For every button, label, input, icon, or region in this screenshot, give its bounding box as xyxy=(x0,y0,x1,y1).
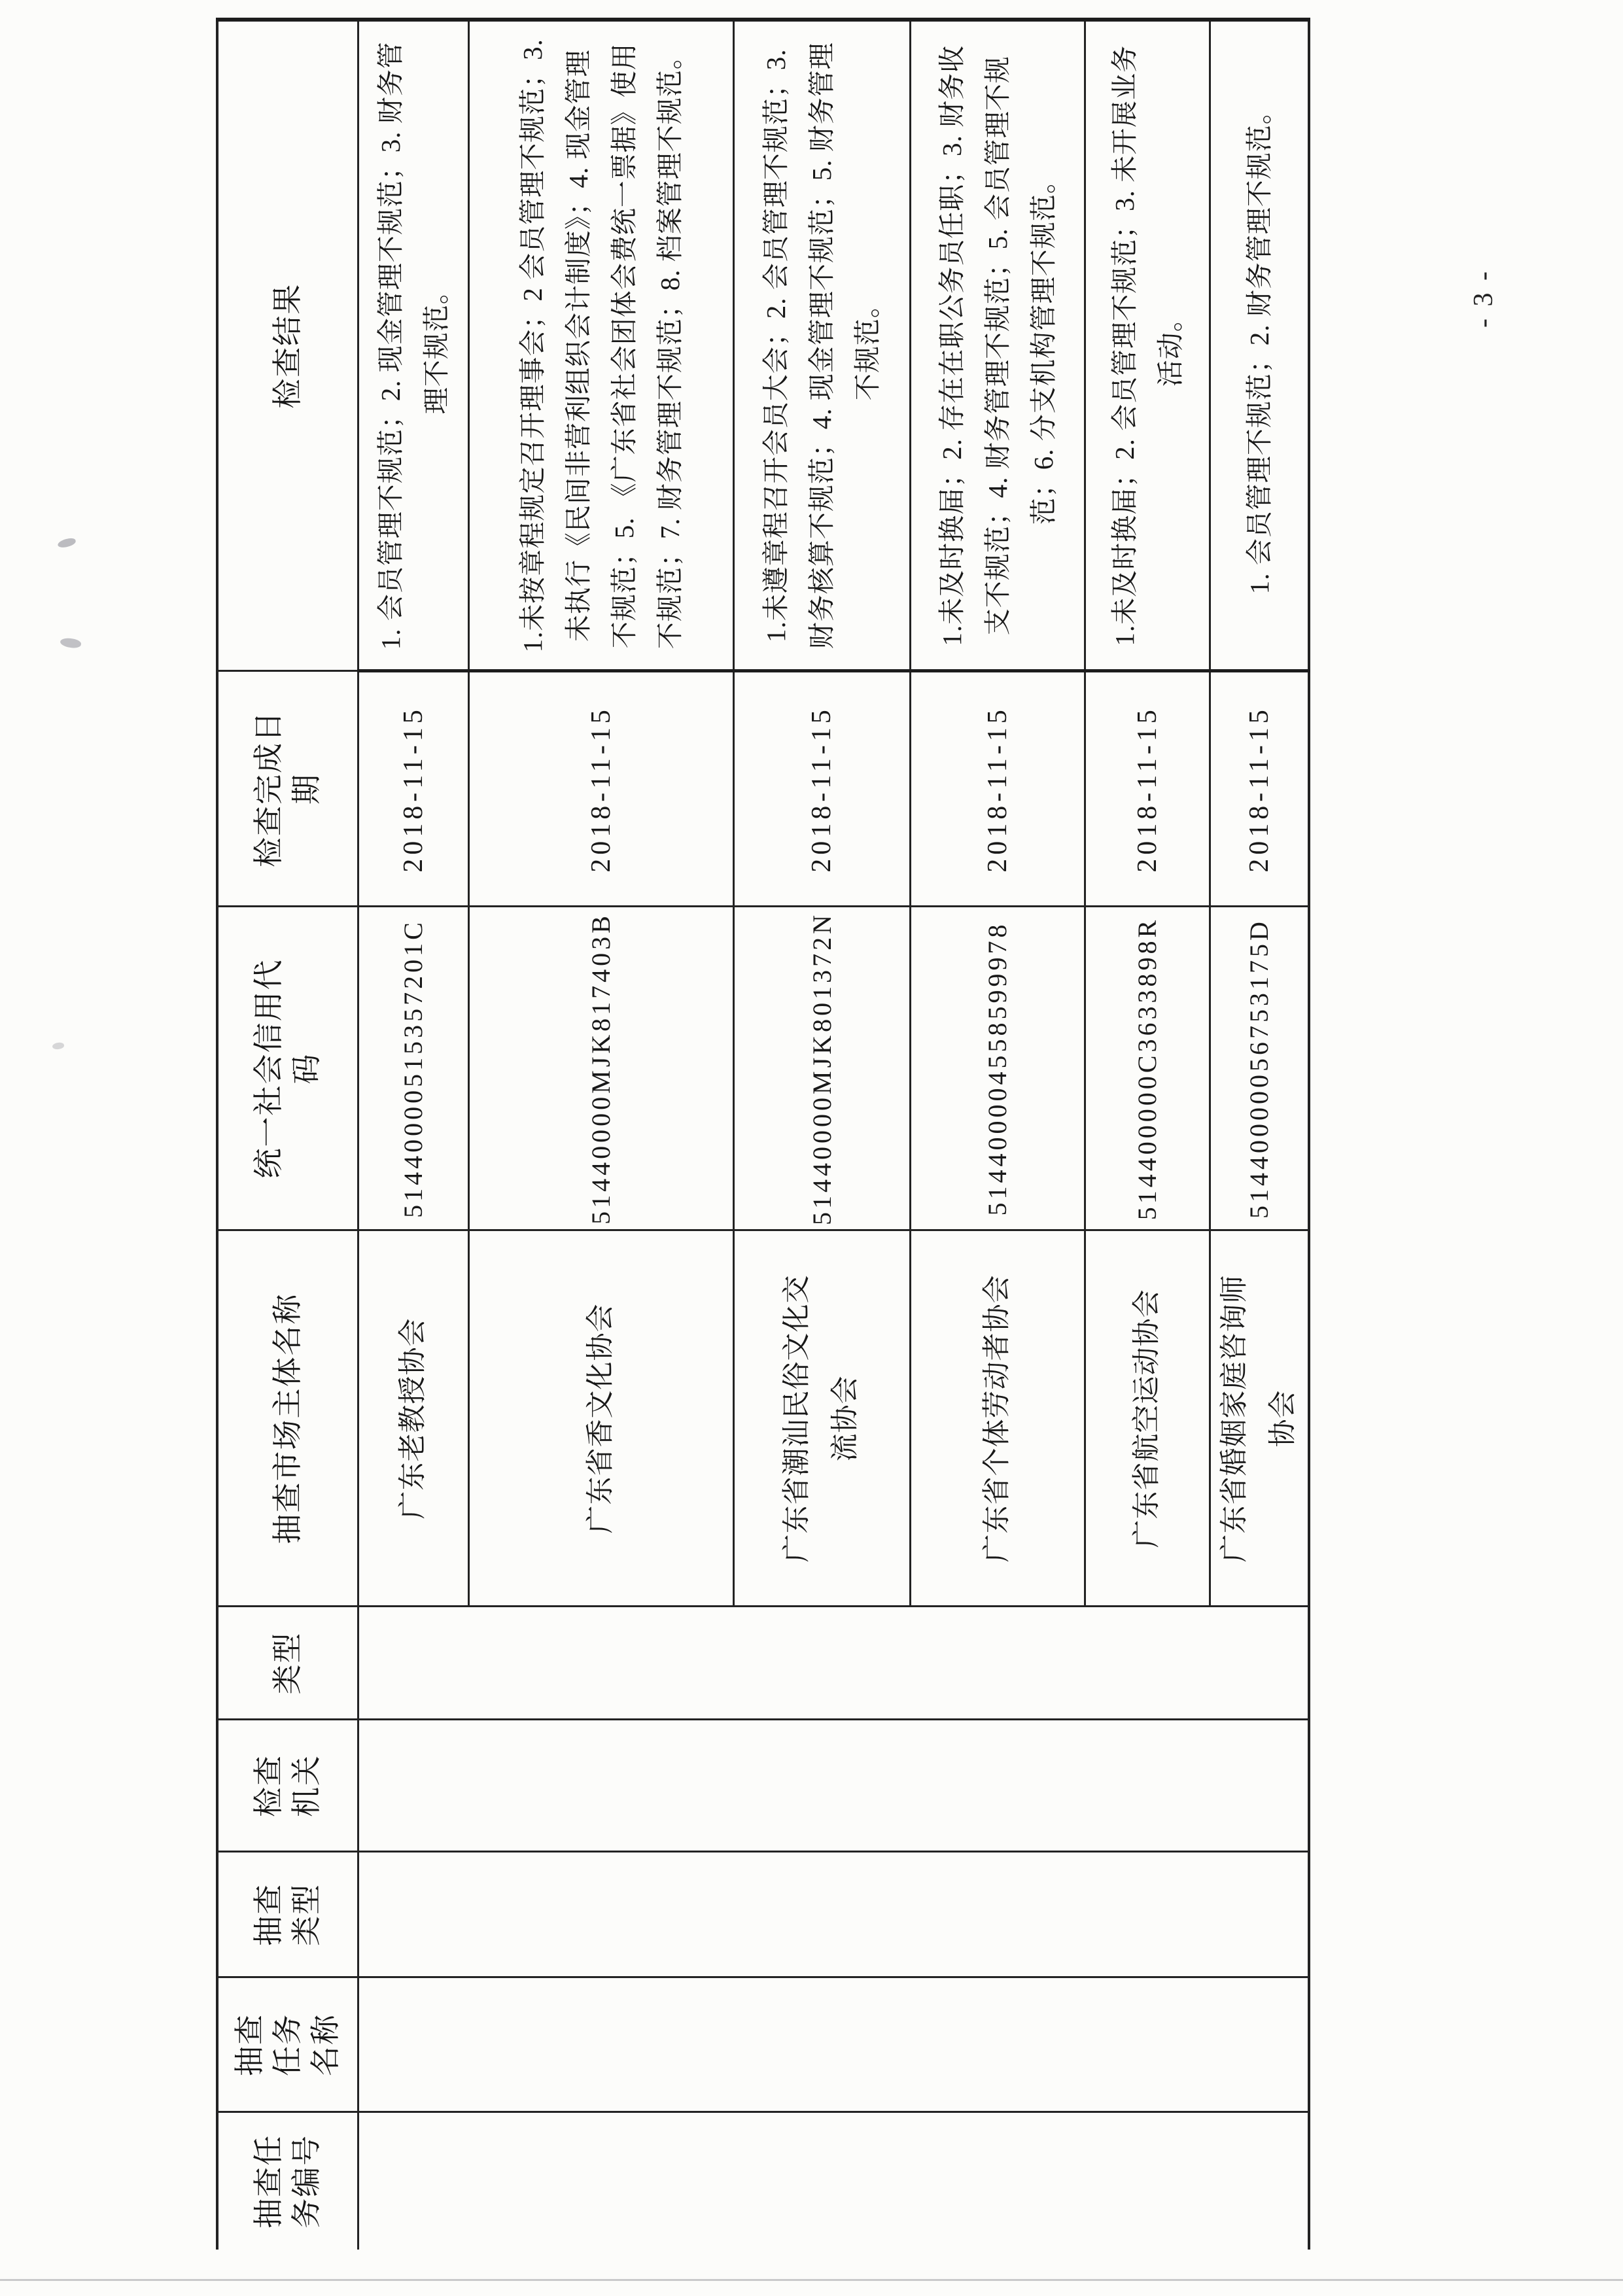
cell-entity-name: 广东省婚姻家庭咨询师协会 xyxy=(1210,1230,1309,1607)
cell-entity-name: 广东省航空运动协会 xyxy=(1085,1230,1210,1607)
column-header-sample-type: 抽查类型 xyxy=(217,1852,358,1977)
cell-result: 1.未遵章程召开会员大会；2. 会员管理不规范；3. 财务核算不规范；4. 现金… xyxy=(733,20,910,671)
cell-result: 1.未按章程规定召开理事会；2 会员管理不规范；3. 未执行《民间非营利组织会计… xyxy=(468,20,733,671)
column-header-label: 类型 xyxy=(269,1632,307,1695)
header-row: 抽查任务编号 抽查任务名称 抽查类型 检查机关 类型 抽查市场主体名称 统一社会… xyxy=(217,20,358,2250)
uscc-code: 514400000C3633898R xyxy=(1132,917,1162,1220)
column-header-uscc: 统一社会信用代码 xyxy=(217,907,358,1230)
column-header-task-no: 抽查任务编号 xyxy=(217,2112,358,2250)
cell-result: 1.未及时换届；2. 存在在职公务员任职；3. 财务收支不规范；4. 财务管理不… xyxy=(910,20,1085,671)
cell-finish-date: 2018-11-15 xyxy=(1210,671,1309,907)
cell-finish-date: 2018-11-15 xyxy=(910,671,1085,907)
column-header-label: 检查机关 xyxy=(250,1753,326,1818)
finish-date: 2018-11-15 xyxy=(398,706,428,872)
cell-finish-date: 2018-11-15 xyxy=(1085,671,1210,907)
scan-edge-line xyxy=(0,2279,1623,2281)
column-header-label: 抽查市场主体名称 xyxy=(269,1293,307,1544)
scan-smudge xyxy=(60,637,82,650)
column-header-task-name: 抽查任务名称 xyxy=(217,1977,358,2112)
entity-name: 广东省潮汕民俗文化交流协会 xyxy=(773,1262,870,1576)
column-header-label: 检查完成日期 xyxy=(250,707,326,871)
column-header-date: 检查完成日期 xyxy=(217,671,358,907)
column-header-label: 抽查任务名称 xyxy=(231,2012,345,2078)
cell-uscc: 514400000C3633898R xyxy=(1085,907,1210,1230)
finish-date: 2018-11-15 xyxy=(586,706,616,872)
cell-entity-name: 广东省个体劳动者协会 xyxy=(910,1230,1085,1607)
scan-smudge xyxy=(57,537,77,549)
uscc-code: 51440000056753175D xyxy=(1244,918,1274,1219)
empty-cell-task-no xyxy=(358,2112,1309,2250)
entity-name: 广东省个体劳动者协会 xyxy=(973,1275,1022,1563)
uscc-code: 51440000MJK801372N xyxy=(807,912,837,1225)
entity-name: 广东省婚姻家庭咨询师协会 xyxy=(1211,1262,1308,1576)
document-page: 抽查任务编号 抽查任务名称 抽查类型 检查机关 类型 抽查市场主体名称 统一社会… xyxy=(0,0,1623,2296)
cell-entity-name: 广东省香文化协会 xyxy=(468,1230,733,1607)
page-number: - 3 - xyxy=(1469,233,1499,364)
column-header-label: 检查结果 xyxy=(269,283,307,409)
cell-uscc: 51440000056753175D xyxy=(1210,907,1309,1230)
empty-cell-task-name xyxy=(358,1977,1309,2112)
result-text: 1.未按章程规定召开理事会；2 会员管理不规范；3. 未执行《民间非营利组织会计… xyxy=(507,22,695,670)
entity-name: 广东省航空运动协会 xyxy=(1123,1289,1172,1548)
column-header-label: 抽查类型 xyxy=(250,1882,326,1947)
result-text: 1. 会员管理不规范；2. 财务管理不规范。 xyxy=(1234,22,1285,670)
entity-name: 广东省香文化协会 xyxy=(577,1304,625,1534)
column-header-entity: 抽查市场主体名称 xyxy=(217,1230,358,1607)
cell-finish-date: 2018-11-15 xyxy=(468,671,733,907)
finish-date: 2018-11-15 xyxy=(1132,706,1162,872)
result-text: 1.未及时换届；2. 存在在职公务员任职；3. 财务收支不规范；4. 财务管理不… xyxy=(926,22,1069,670)
finish-date: 2018-11-15 xyxy=(983,706,1013,872)
cell-result: 1. 会员管理不规范；2. 现金管理不规范；3. 财务管理不规范。 xyxy=(358,20,468,671)
cell-finish-date: 2018-11-15 xyxy=(733,671,910,907)
finish-date: 2018-11-15 xyxy=(807,706,837,872)
column-header-result: 检查结果 xyxy=(217,20,358,671)
cell-uscc: 51440000MJK817403B xyxy=(468,907,733,1230)
cell-uscc: 51440000515357201C xyxy=(358,907,468,1230)
cell-result: 1.未及时换届；2. 会员管理不规范；3. 未开展业务活动。 xyxy=(1085,20,1210,671)
uscc-code: 51440000MJK817403B xyxy=(586,913,616,1225)
table-row: 广东老教授协会 51440000515357201C 2018-11-15 1.… xyxy=(358,20,468,2250)
result-text: 1. 会员管理不规范；2. 现金管理不规范；3. 财务管理不规范。 xyxy=(365,22,462,670)
cell-result: 1. 会员管理不规范；2. 财务管理不规范。 xyxy=(1210,20,1309,671)
rotated-table-area: 抽查任务编号 抽查任务名称 抽查类型 检查机关 类型 抽查市场主体名称 统一社会… xyxy=(216,20,1301,2250)
cell-uscc: 51440000MJK801372N xyxy=(733,907,910,1230)
cell-entity-name: 广东老教授协会 xyxy=(358,1230,468,1607)
empty-cell-type xyxy=(358,1607,1309,1720)
column-header-inspect-org: 检查机关 xyxy=(217,1720,358,1852)
column-header-type: 类型 xyxy=(217,1607,358,1720)
inspection-table: 抽查任务编号 抽查任务名称 抽查类型 检查机关 类型 抽查市场主体名称 统一社会… xyxy=(216,18,1310,2250)
column-header-label: 抽查任务编号 xyxy=(250,2132,326,2231)
cell-finish-date: 2018-11-15 xyxy=(358,671,468,907)
uscc-code: 51440000515357201C xyxy=(398,919,428,1218)
finish-date: 2018-11-15 xyxy=(1244,706,1274,872)
cell-entity-name: 广东省潮汕民俗文化交流协会 xyxy=(733,1230,910,1607)
empty-cell-sample-type xyxy=(358,1852,1309,1977)
result-text: 1.未及时换届；2. 会员管理不规范；3. 未开展业务活动。 xyxy=(1099,22,1196,670)
entity-name: 广东老教授协会 xyxy=(389,1318,438,1520)
column-header-label: 统一社会信用代码 xyxy=(250,958,326,1180)
cell-uscc: 514400004558599978 xyxy=(910,907,1085,1230)
scan-smudge xyxy=(52,1042,65,1050)
result-text: 1.未遵章程召开会员大会；2. 会员管理不规范；3. 财务核算不规范；4. 现金… xyxy=(750,22,893,670)
uscc-code: 514400004558599978 xyxy=(983,922,1012,1216)
empty-cell-inspect-org xyxy=(358,1720,1309,1852)
